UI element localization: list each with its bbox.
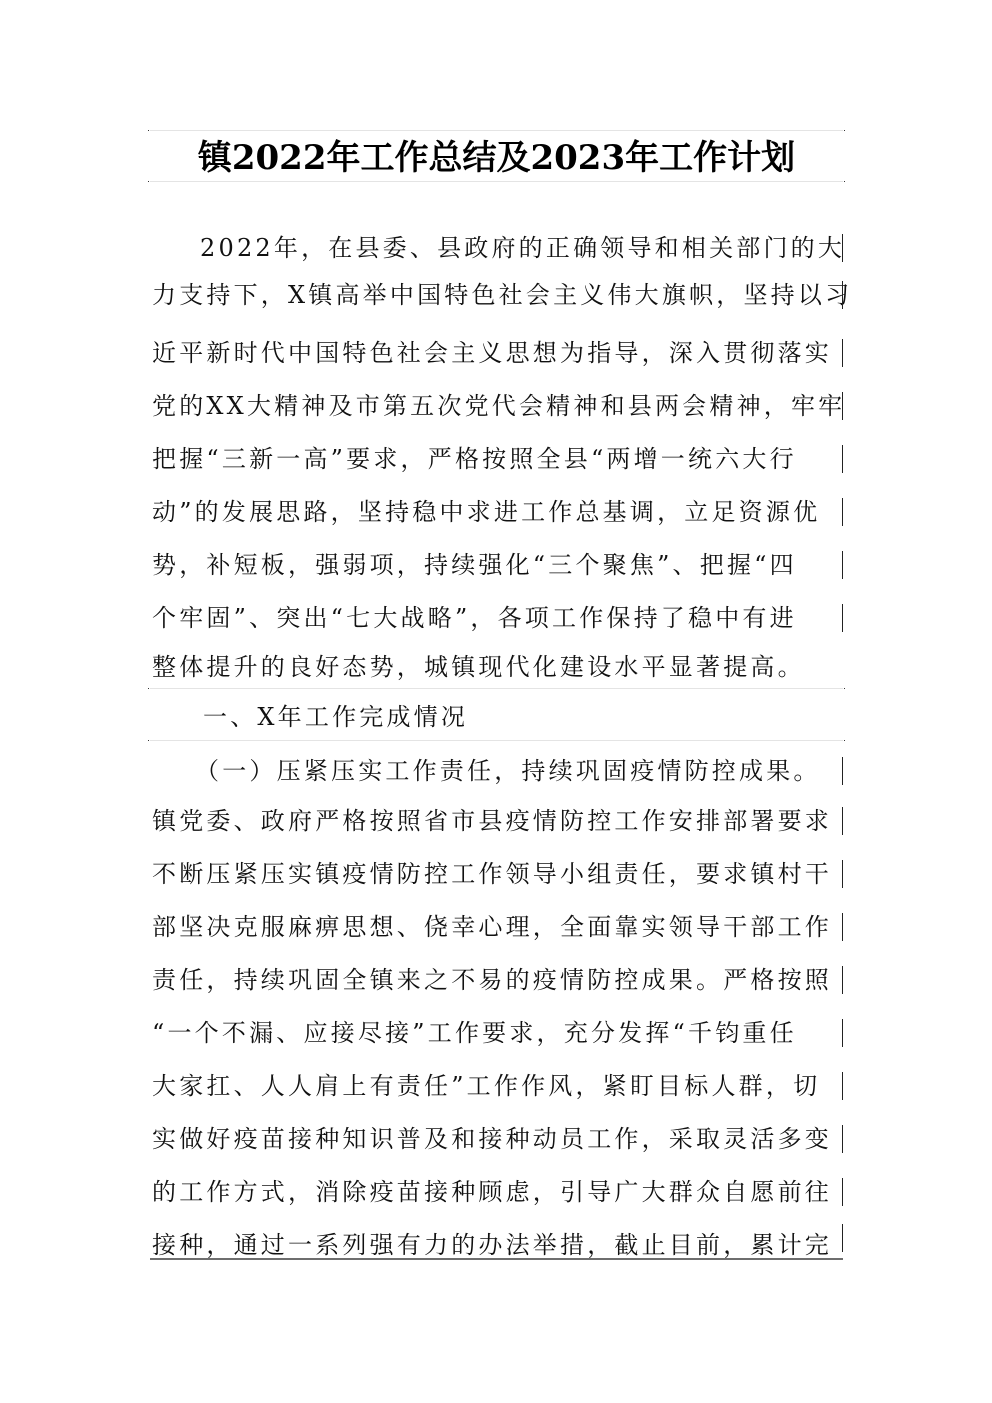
subsection-line-2: 镇党委、政府严格按照省市县疫情防控工作安排部署要求 — [152, 798, 842, 845]
line-end-marker — [842, 1072, 843, 1100]
line-end-marker — [842, 1125, 843, 1153]
intro-line-5: 把握“三新一高”要求，严格按照全县“两增一统六大行 — [152, 436, 842, 483]
intro-line-8: 个牢固”、突出“七大战略”，各项工作保持了稳中有进 — [152, 595, 842, 642]
subsection-line-10: 接种，通过一系列强有力的办法举措，截止目前，累计完 — [152, 1222, 842, 1269]
subsection-line-6: “一个不漏、应接尽接”工作要求，充分发挥“千钧重任 — [152, 1010, 842, 1057]
subsection-line-1: （一）压紧压实工作责任，持续巩固疫情防控成果。 — [195, 748, 837, 795]
line-end-marker — [842, 392, 843, 420]
document-title: 镇2022年工作总结及2023年工作计划 — [150, 136, 843, 180]
line-end-marker — [842, 807, 843, 835]
subsection-line-5: 责任，持续巩固全镇来之不易的疫情防控成果。严格按照 — [152, 957, 842, 1004]
line-end-marker — [842, 966, 843, 994]
line-end-marker — [842, 339, 843, 367]
intro-line-1: 2022年，在县委、县政府的正确领导和相关部门的大 — [200, 225, 842, 272]
line-end-marker — [842, 281, 843, 309]
line-end-marker — [842, 1178, 843, 1206]
document-page: 镇2022年工作总结及2023年工作计划 2022年，在县委、县政府的正确领导和… — [0, 0, 992, 1403]
line-end-marker — [842, 604, 843, 632]
title-bottom-rule — [150, 181, 843, 182]
subsection-line-8: 实做好疫苗接种知识普及和接种动员工作，采取灵活多变 — [152, 1116, 842, 1163]
intro-line-2: 力支持下，X镇高举中国特色社会主义伟大旗帜，坚持以习 — [152, 272, 842, 319]
intro-line-7: 势，补短板，强弱项，持续强化“三个聚焦”、把握“四 — [152, 542, 842, 589]
line-end-marker — [842, 445, 843, 473]
title-top-rule — [150, 130, 843, 131]
line-end-marker — [842, 1019, 843, 1047]
intro-line-4: 党的XX大精神及市第五次党代会精神和县两会精神，牢牢 — [152, 383, 842, 430]
intro-line-9: 整体提升的良好态势，城镇现代化建设水平显著提高。 — [152, 644, 842, 691]
subsection-line-4: 部坚决克服麻痹思想、侥幸心理，全面靠实领导干部工作 — [152, 904, 842, 951]
line-end-marker — [842, 234, 843, 262]
intro-line-3: 近平新时代中国特色社会主义思想为指导，深入贯彻落实 — [152, 330, 842, 377]
subsection-line-7: 大家扛、人人肩上有责任”工作作风，紧盯目标人群，切 — [152, 1063, 842, 1110]
section-heading: 一、X年工作完成情况 — [203, 694, 845, 741]
subsection-line-9: 的工作方式，消除疫苗接种顾虑，引导广大群众自愿前往 — [152, 1169, 842, 1216]
paragraph-rule — [150, 688, 843, 689]
subsection-line-3: 不断压紧压实镇疫情防控工作领导小组责任，要求镇村干 — [152, 851, 842, 898]
page-bottom-rule — [150, 1258, 843, 1260]
line-end-marker — [842, 498, 843, 526]
line-end-marker — [842, 1224, 843, 1252]
line-end-marker — [842, 551, 843, 579]
heading-rule — [150, 740, 843, 741]
intro-line-6: 动”的发展思路，坚持稳中求进工作总基调，立足资源优 — [152, 489, 842, 536]
line-end-marker — [842, 860, 843, 888]
line-end-marker — [842, 913, 843, 941]
line-end-marker — [842, 757, 843, 785]
